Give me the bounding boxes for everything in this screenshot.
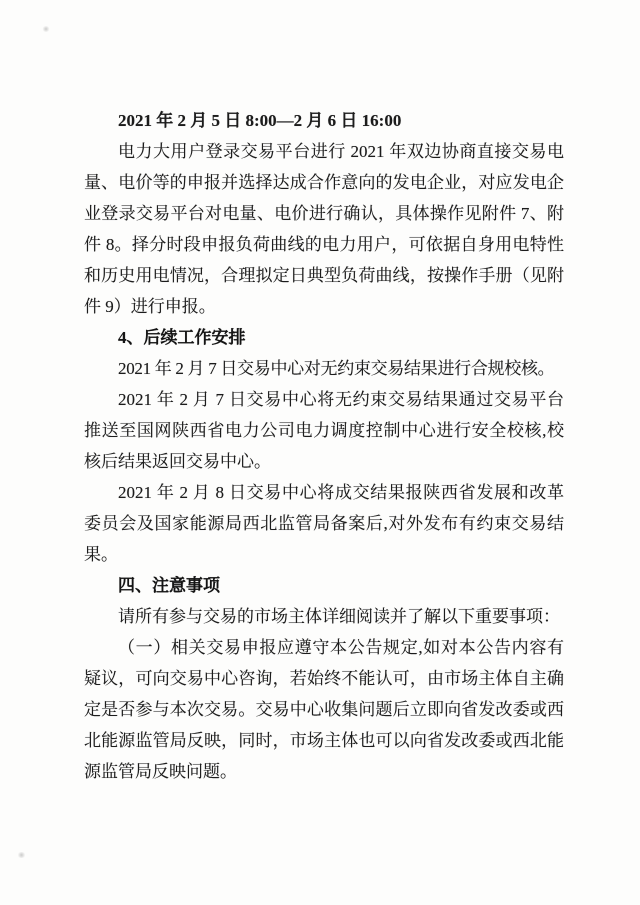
paragraph: （一）相关交易申报应遵守本公告规定,如对本公告内容有疑议，可向交易中心咨询，若始…	[84, 632, 564, 787]
document-body: 2021 年 2 月 5 日 8:00—2 月 6 日 16:00电力大用户登录…	[84, 105, 564, 787]
section-heading: 四、注意事项	[84, 570, 564, 601]
paragraph: 电力大用户登录交易平台进行 2021 年双边协商直接交易电量、电价等的申报并选择…	[84, 136, 564, 322]
paragraph: 请所有参与交易的市场主体详细阅读并了解以下重要事项：	[84, 601, 564, 632]
paragraph: 2021 年 2 月 5 日 8:00—2 月 6 日 16:00	[84, 105, 564, 136]
paragraph: 2021 年 2 月 7 日交易中心对无约束交易结果进行合规校核。	[84, 353, 564, 384]
scan-speck	[42, 26, 50, 32]
paragraph: 2021 年 2 月 8 日交易中心将成交结果报陕西省发展和改革委员会及国家能源…	[84, 477, 564, 570]
section-heading: 4、后续工作安排	[84, 322, 564, 353]
scan-speck	[17, 852, 26, 858]
paragraph: 2021 年 2 月 7 日交易中心将无约束交易结果通过交易平台推送至国网陕西省…	[84, 384, 564, 477]
scanned-document-page: 2021 年 2 月 5 日 8:00—2 月 6 日 16:00电力大用户登录…	[0, 0, 640, 905]
